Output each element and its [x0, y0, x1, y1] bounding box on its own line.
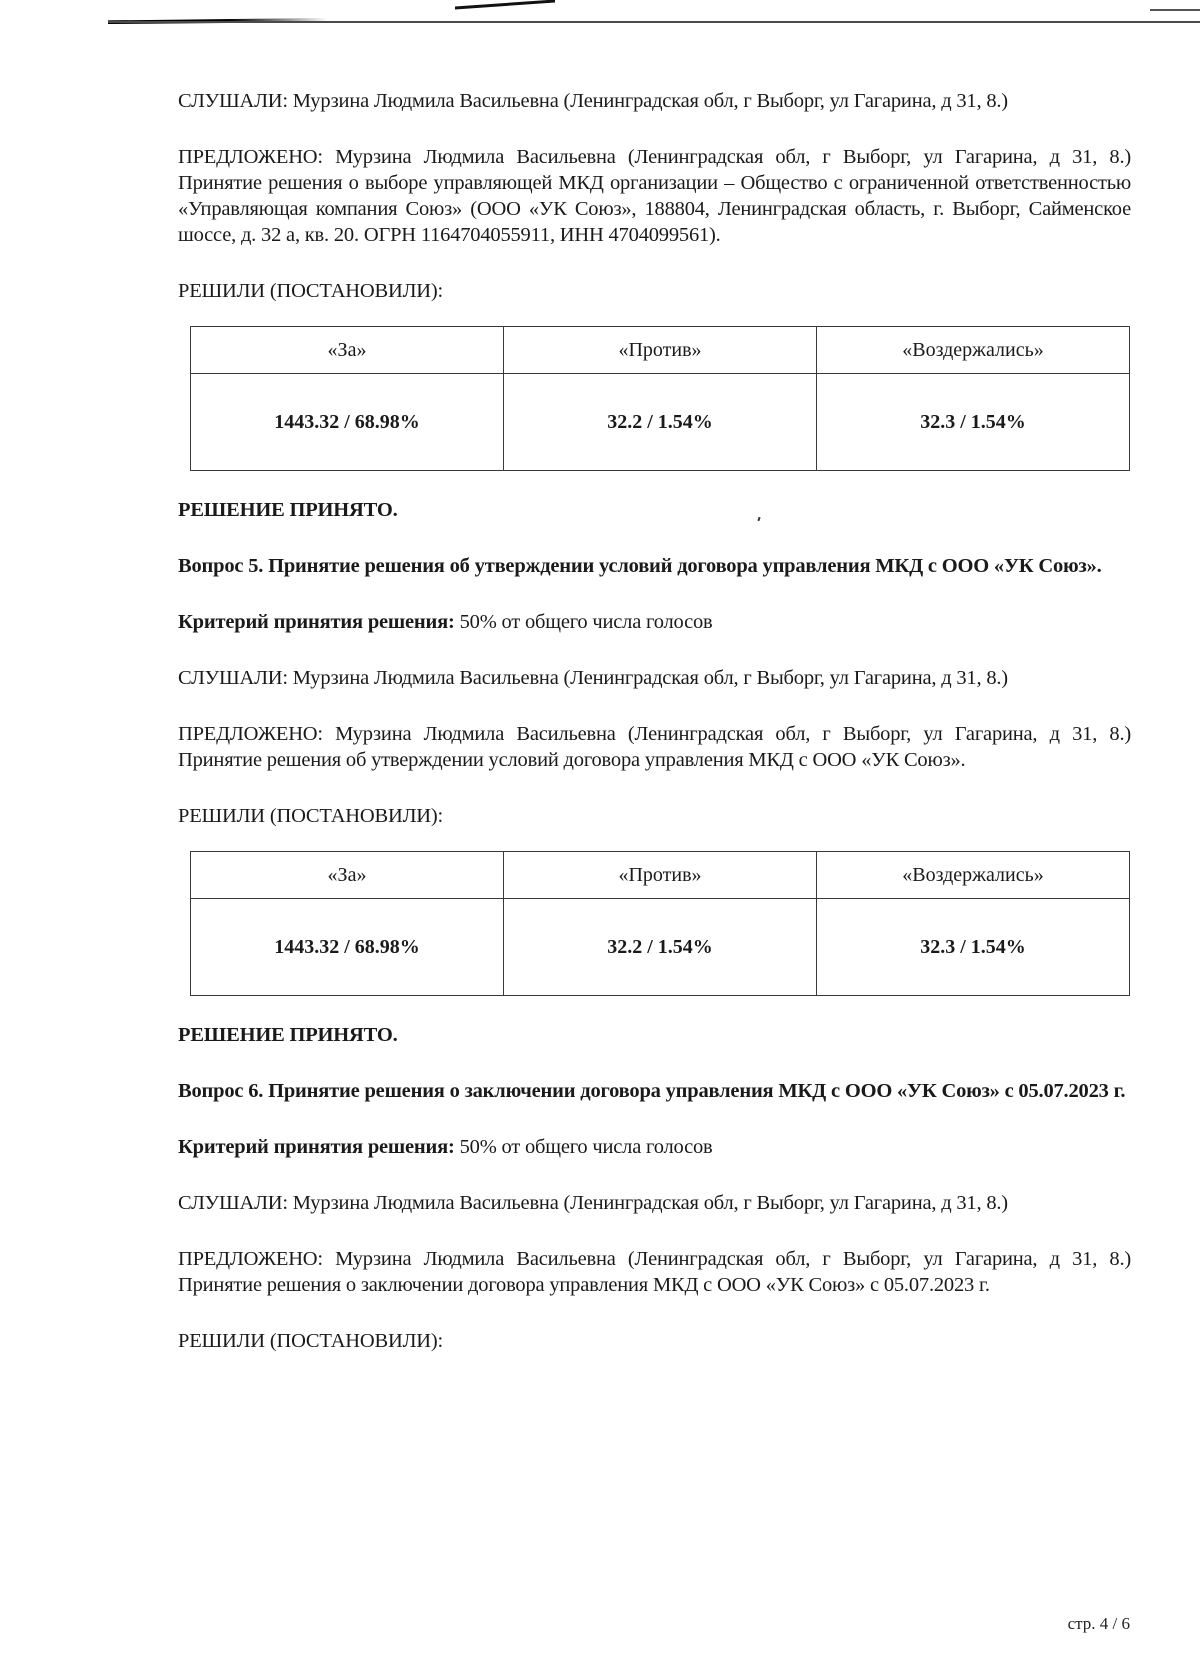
criterion-label: Критерий принятия решения:	[178, 1136, 455, 1158]
votes-table-header-row: «За» «Против» «Воздержались»	[191, 327, 1130, 374]
votes-header-against: «Против»	[504, 852, 817, 899]
votes-table-values-row: 1443.32 / 68.98% 32.2 / 1.54% 32.3 / 1.5…	[191, 899, 1130, 996]
criterion-value: 50% от общего числа голосов	[455, 1136, 713, 1158]
proposed-paragraph: ПРЕДЛОЖЕНО: Мурзина Людмила Васильевна (…	[178, 1246, 1131, 1298]
heard-paragraph: СЛУШАЛИ: Мурзина Людмила Васильевна (Лен…	[178, 665, 1131, 691]
scan-artifact-header	[0, 0, 1200, 30]
page-number: стр. 4 / 6	[1068, 1614, 1130, 1634]
resolved-label: РЕШИЛИ (ПОСТАНОВИЛИ):	[178, 803, 1131, 829]
votes-header-for: «За»	[191, 852, 504, 899]
scan-artifact-stroke	[455, 0, 555, 9]
votes-value-against: 32.2 / 1.54%	[504, 899, 817, 996]
votes-value-abstained: 32.3 / 1.54%	[817, 899, 1130, 996]
question-5-title: Вопрос 5. Принятие решения об утверждени…	[178, 553, 1131, 579]
resolved-label: РЕШИЛИ (ПОСТАНОВИЛИ):	[178, 1328, 1131, 1354]
votes-header-for: «За»	[191, 327, 504, 374]
question-5-section: Вопрос 5. Принятие решения об утверждени…	[178, 553, 1131, 1048]
votes-table-values-row: 1443.32 / 68.98% 32.2 / 1.54% 32.3 / 1.5…	[191, 374, 1130, 471]
scan-artifact-line	[108, 21, 1200, 23]
prev-question-section: СЛУШАЛИ: Мурзина Людмила Васильевна (Лен…	[178, 88, 1131, 523]
votes-table: «За» «Против» «Воздержались» 1443.32 / 6…	[190, 851, 1130, 996]
decision-status: РЕШЕНИЕ ПРИНЯТО.	[178, 1022, 1131, 1048]
votes-header-abstained: «Воздержались»	[817, 327, 1130, 374]
decision-status: РЕШЕНИЕ ПРИНЯТО.	[178, 497, 1131, 523]
resolved-label: РЕШИЛИ (ПОСТАНОВИЛИ):	[178, 278, 1131, 304]
question-5-criterion: Критерий принятия решения: 50% от общего…	[178, 609, 1131, 635]
document-page: СЛУШАЛИ: Мурзина Людмила Васильевна (Лен…	[178, 88, 1131, 1354]
question-6-criterion: Критерий принятия решения: 50% от общего…	[178, 1134, 1131, 1160]
votes-header-abstained: «Воздержались»	[817, 852, 1130, 899]
votes-value-against: 32.2 / 1.54%	[504, 374, 817, 471]
votes-value-for: 1443.32 / 68.98%	[191, 899, 504, 996]
scan-artifact-stroke	[1150, 9, 1200, 11]
votes-value-for: 1443.32 / 68.98%	[191, 374, 504, 471]
proposed-paragraph: ПРЕДЛОЖЕНО: Мурзина Людмила Васильевна (…	[178, 721, 1131, 773]
votes-header-against: «Против»	[504, 327, 817, 374]
criterion-value: 50% от общего числа голосов	[455, 611, 713, 633]
criterion-label: Критерий принятия решения:	[178, 611, 455, 633]
question-6-section: Вопрос 6. Принятие решения о заключении …	[178, 1078, 1131, 1354]
votes-table: «За» «Против» «Воздержались» 1443.32 / 6…	[190, 326, 1130, 471]
question-6-title: Вопрос 6. Принятие решения о заключении …	[178, 1078, 1131, 1104]
heard-paragraph: СЛУШАЛИ: Мурзина Людмила Васильевна (Лен…	[178, 1190, 1131, 1216]
proposed-paragraph: ПРЕДЛОЖЕНО: Мурзина Людмила Васильевна (…	[178, 144, 1131, 248]
votes-table-header-row: «За» «Против» «Воздержались»	[191, 852, 1130, 899]
heard-paragraph: СЛУШАЛИ: Мурзина Людмила Васильевна (Лен…	[178, 88, 1131, 114]
votes-value-abstained: 32.3 / 1.54%	[817, 374, 1130, 471]
